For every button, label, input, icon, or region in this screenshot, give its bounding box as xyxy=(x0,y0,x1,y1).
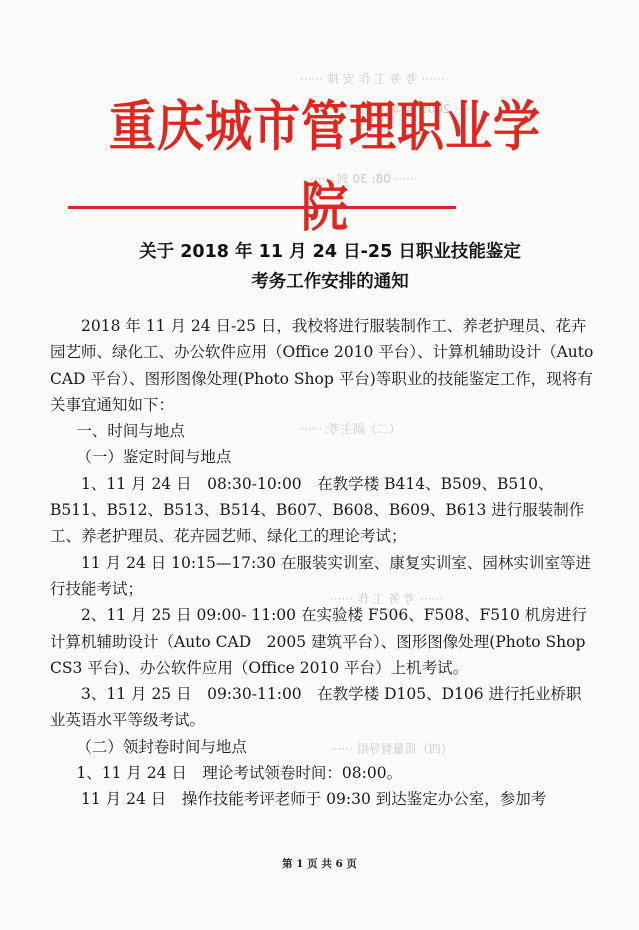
institution-masthead: 重庆城市管理职业学院 xyxy=(95,88,555,249)
item-paragraph-1b: 11 月 24 日 10:15—17:30 在服装实训室、康复实训室、园林实训室… xyxy=(50,550,595,603)
section-heading-time-place: 一、时间与地点 xyxy=(50,418,595,444)
item-paragraph-2: 2、11 月 25 日 09:00- 11:00 在实验楼 F506、F508、… xyxy=(50,602,595,681)
papers-item-1b: 11 月 24 日 操作技能考评老师于 09:30 到达鉴定办公室，参加考 xyxy=(50,786,595,812)
page-number-footer: 第 1 页 共 6 页 xyxy=(0,856,639,871)
subsection-heading-papers: （二）领封卷时间与地点 xyxy=(50,734,595,760)
notice-title-line1: 关于 2018 年 11 月 24 日-25 日职业技能鉴定 xyxy=(60,238,600,263)
papers-item-1: 1、11 月 24 日 理论考试领卷时间：08:00。 xyxy=(50,760,595,786)
red-divider xyxy=(68,206,456,209)
subsection-heading-exam-time: （一）鉴定时间与地点 xyxy=(50,444,595,470)
item-paragraph-1: 1、11 月 24 日 08:30-10:00 在教学楼 B414、B509、B… xyxy=(50,471,595,550)
notice-body: 2018 年 11 月 24 日-25 日，我校将进行服装制作工、养老护理员、花… xyxy=(50,313,595,813)
notice-title-line2: 考务工作安排的通知 xyxy=(60,268,600,293)
intro-paragraph: 2018 年 11 月 24 日-25 日，我校将进行服装制作工、养老护理员、花… xyxy=(50,313,595,418)
item-paragraph-3: 3、11 月 25 日 09:30-11:00 在教学楼 D105、D106 进… xyxy=(50,681,595,734)
